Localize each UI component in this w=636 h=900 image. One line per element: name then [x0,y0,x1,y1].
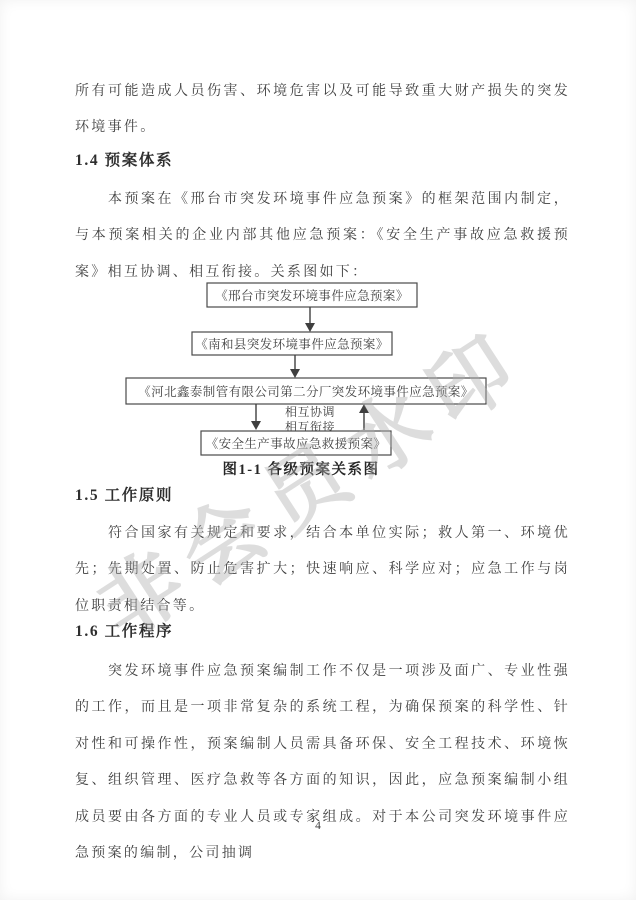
figure-caption: 图1-1 各级预案关系图 [223,460,380,478]
section-heading-1-6: 1.6 工作程序 [75,619,570,641]
arrow-county-to-company-head [290,369,300,378]
arrow-safety-to-company-head [359,404,369,413]
flowchart-svg: 《邢台市突发环境事件应急预案》 《南和县突发环境事件应急预案》 《河北鑫泰制管有… [70,280,579,480]
document-page: 所有可能造成人员伤害、环境危害以及可能导致重大财产损失的突发环境事件。 1.4 … [0,0,636,900]
arrow-label-coordination: 相互协调 [285,404,335,419]
flow-node-company-plan-label: 《河北鑫泰制管有限公司第二分厂突发环境事件应急预案》 [138,384,473,399]
intro-paragraph: 所有可能造成人员伤害、环境危害以及可能导致重大财产损失的突发环境事件。 [75,74,570,147]
flow-node-county-plan-label: 《南和县突发环境事件应急预案》 [195,337,389,352]
arrow-company-to-safety-head [251,421,261,430]
flow-node-safety-plan-label: 《安全生产事故应急救援预案》 [206,436,387,451]
flow-node-city-plan-label: 《邢台市突发环境事件应急预案》 [215,288,409,303]
figure-plan-relationship-diagram: 《邢台市突发环境事件应急预案》 《南和县突发环境事件应急预案》 《河北鑫泰制管有… [70,280,579,480]
page-number: 4 [0,820,636,832]
section-1-5-paragraph: 符合国家有关规定和要求，结合本单位实际；救人第一、环境优先；先期处置、防止危害扩… [75,516,570,625]
section-heading-1-5: 1.5 工作原则 [75,483,570,505]
section-1-6-paragraph: 突发环境事件应急预案编制工作不仅是一项涉及面广、专业性强的工作，而且是一项非常复… [75,654,570,872]
section-1-4-paragraph: 本预案在《邢台市突发环境事件应急预案》的框架范围内制定，与本预案相关的企业内部其… [75,182,570,291]
arrow-city-to-county-head [305,323,315,332]
document-content: 所有可能造成人员伤害、环境危害以及可能导致重大财产损失的突发环境事件。 1.4 … [75,0,570,900]
section-heading-1-4: 1.4 预案体系 [75,148,570,170]
